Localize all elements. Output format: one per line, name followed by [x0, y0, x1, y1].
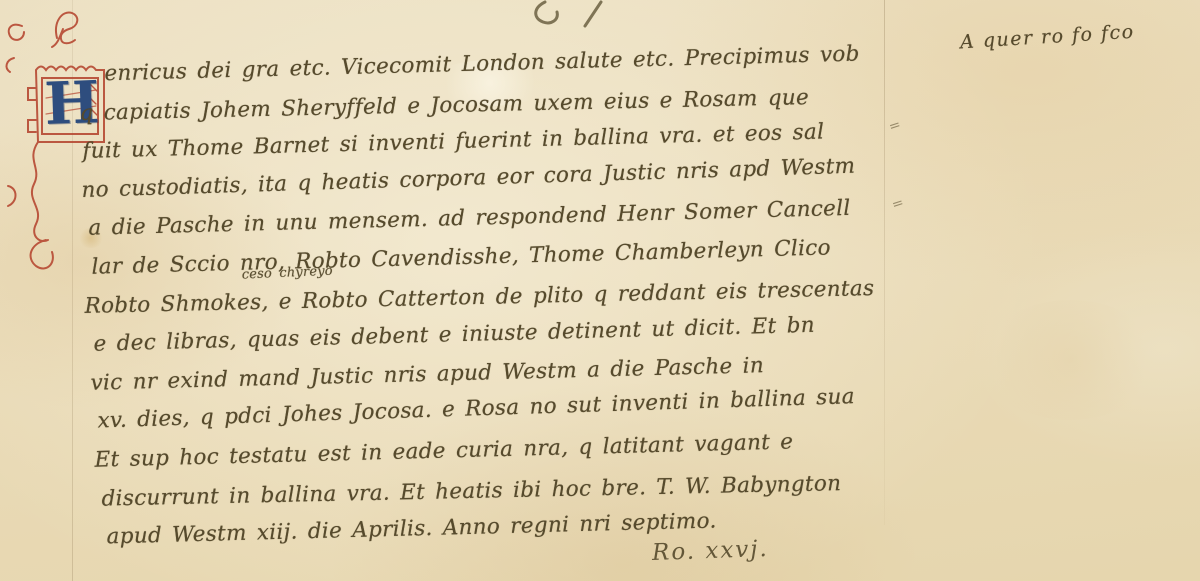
roll-reference: Ro. xxvj. — [652, 536, 770, 566]
parchment-stain — [980, 300, 1160, 420]
manuscript-text: enricus dei gra etc. Vicecomit London sa… — [78, 35, 906, 558]
parchment-page: H enricus dei gra etc. Vicecomit London … — [0, 0, 1200, 581]
top-edge-stroke — [505, 0, 655, 30]
corner-annotation: A quer ro fo fco — [959, 21, 1135, 54]
